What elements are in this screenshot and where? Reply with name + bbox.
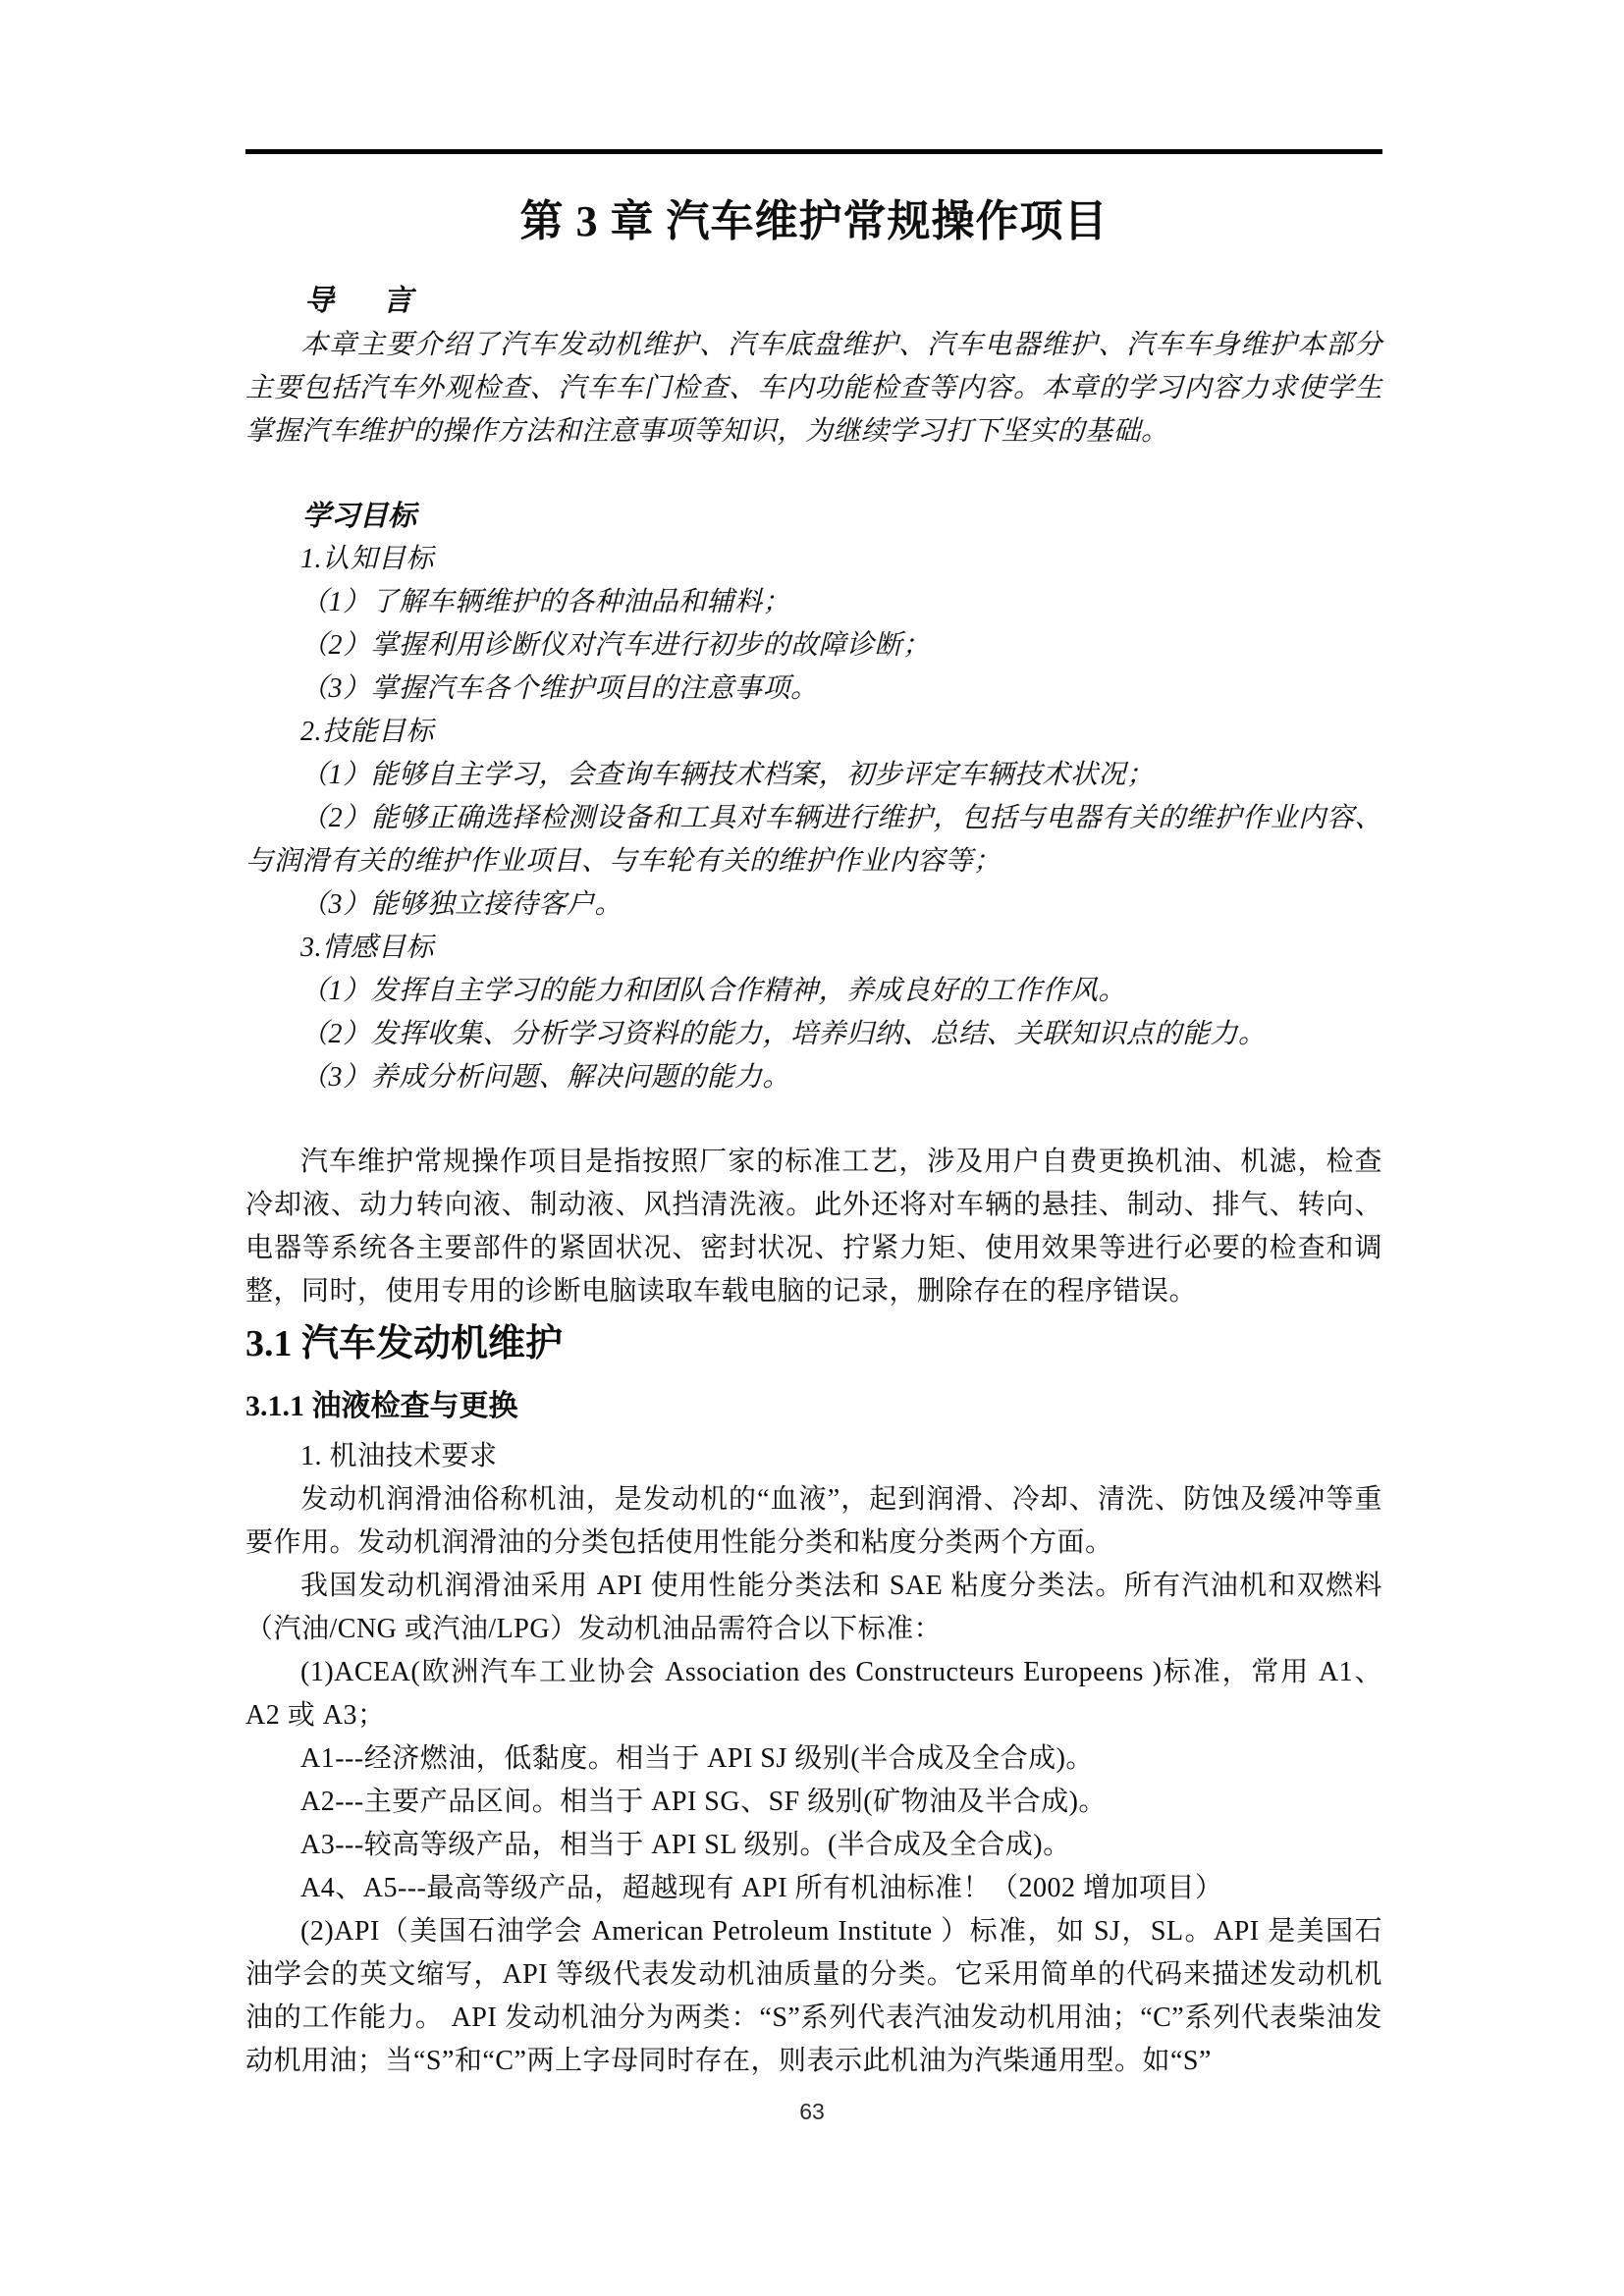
objective-group: 2.技能目标 （1）能够自主学习，会查询车辆技术档案，初步评定车辆技术状况； （…	[245, 711, 1382, 927]
overview-paragraph: 汽车维护常规操作项目是指按照厂家的标准工艺，涉及用户自费更换机油、机滤，检查冷却…	[245, 1141, 1382, 1313]
chapter-title: 第 3 章 汽车维护常规操作项目	[245, 196, 1382, 247]
body-paragraph: 发动机润滑油俗称机油，是发动机的“血液”，起到润滑、冷却、清洗、防蚀及缓冲等重要…	[245, 1478, 1382, 1565]
objective-group-title: 3.情感目标	[245, 927, 1382, 970]
objective-items: （1）发挥自主学习的能力和团队合作精神，养成良好的工作作风。 （2）发挥收集、分…	[245, 970, 1382, 1099]
objective-item: （1）了解车辆维护的各种油品和辅料；	[245, 581, 1382, 624]
objective-item: （2）能够正确选择检测设备和工具对车辆进行维护，包括与电器有关的维护作业内容、与…	[245, 797, 1382, 883]
objective-item: （3）养成分析问题、解决问题的能力。	[245, 1056, 1382, 1099]
body-paragraph: A2---主要产品区间。相当于 API SG、SF 级别(矿物油及半合成)。	[245, 1781, 1382, 1824]
objective-group-title: 2.技能目标	[245, 711, 1382, 754]
objective-items: （1）了解车辆维护的各种油品和辅料； （2）掌握利用诊断仪对汽车进行初步的故障诊…	[245, 581, 1382, 711]
subsection-heading: 3.1.1 油液检查与更换	[245, 1386, 1382, 1427]
body-paragraph: A4、A5---最高等级产品，超越现有 API 所有机油标准！（2002 增加项…	[245, 1867, 1382, 1910]
header-rule	[245, 149, 1382, 154]
objective-item: （2）掌握利用诊断仪对汽车进行初步的故障诊断；	[245, 624, 1382, 667]
intro-paragraph: 本章主要介绍了汽车发动机维护、汽车底盘维护、汽车电器维护、汽车车身维护本部分主要…	[245, 324, 1382, 454]
objective-items: （1）能够自主学习，会查询车辆技术档案，初步评定车辆技术状况； （2）能够正确选…	[245, 754, 1382, 927]
objective-group: 1.认知目标 （1）了解车辆维护的各种油品和辅料； （2）掌握利用诊断仪对汽车进…	[245, 538, 1382, 711]
objectives-heading: 学习目标	[245, 495, 1382, 538]
page-footer: 63	[0, 2099, 1624, 2125]
objective-item: （1）能够自主学习，会查询车辆技术档案，初步评定车辆技术状况；	[245, 754, 1382, 797]
objective-item: （1）发挥自主学习的能力和团队合作精神，养成良好的工作作风。	[245, 970, 1382, 1013]
document-page: 第 3 章 汽车维护常规操作项目 导 言 本章主要介绍了汽车发动机维护、汽车底盘…	[0, 0, 1624, 2296]
objective-item: （3）能够独立接待客户。	[245, 883, 1382, 927]
body-paragraph: (1)ACEA(欧洲汽车工业协会 Association des Constru…	[245, 1651, 1382, 1737]
body-paragraph: (2)API（美国石油学会 American Petroleum Institu…	[245, 1910, 1382, 2083]
objective-item: （2）发挥收集、分析学习资料的能力，培养归纳、总结、关联知识点的能力。	[245, 1013, 1382, 1056]
body-paragraph: A3---较高等级产品，相当于 API SL 级别。(半合成及全合成)。	[245, 1824, 1382, 1867]
section-heading: 3.1 汽车发动机维护	[245, 1319, 1382, 1368]
objective-group: 3.情感目标 （1）发挥自主学习的能力和团队合作精神，养成良好的工作作风。 （2…	[245, 927, 1382, 1099]
objective-group-title: 1.认知目标	[245, 538, 1382, 581]
objectives-list: 1.认知目标 （1）了解车辆维护的各种油品和辅料； （2）掌握利用诊断仪对汽车进…	[245, 538, 1382, 1099]
body-paragraph: 1. 机油技术要求	[245, 1435, 1382, 1478]
body-paragraph: A1---经济燃油，低黏度。相当于 API SJ 级别(半合成及全合成)。	[245, 1737, 1382, 1781]
intro-heading: 导 言	[245, 283, 1382, 320]
subsection-body: 1. 机油技术要求 发动机润滑油俗称机油，是发动机的“血液”，起到润滑、冷却、清…	[245, 1435, 1382, 2083]
objective-item: （3）掌握汽车各个维护项目的注意事项。	[245, 667, 1382, 711]
page-number: 63	[799, 2099, 825, 2124]
body-paragraph: 我国发动机润滑油采用 API 使用性能分类法和 SAE 粘度分类法。所有汽油机和…	[245, 1565, 1382, 1651]
page-content: 第 3 章 汽车维护常规操作项目 导 言 本章主要介绍了汽车发动机维护、汽车底盘…	[245, 0, 1382, 2083]
